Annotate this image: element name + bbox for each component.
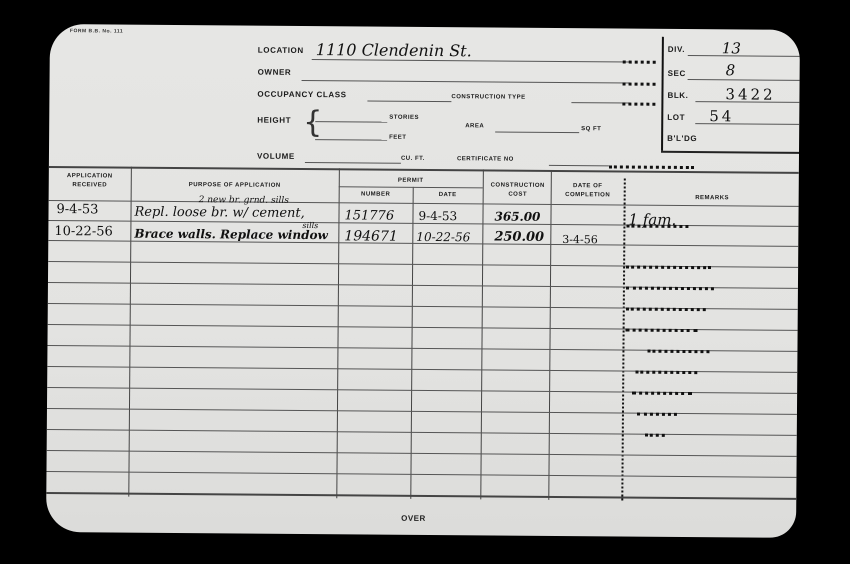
area-label: AREA <box>465 123 484 129</box>
permit-subheader-rule <box>339 186 483 188</box>
certificate-no-label: CERTIFICATE NO <box>457 156 514 162</box>
div-line <box>688 55 800 57</box>
occupancy-class-label: OCCUPANCY CLASS <box>257 90 346 100</box>
owner-dot-rule <box>623 82 656 85</box>
volume-unit: CU. FT. <box>401 156 425 162</box>
feet-label: FEET <box>389 135 406 141</box>
height-brace-icon: { <box>303 105 322 140</box>
row-rule <box>47 408 797 415</box>
row2-permit-number: 194671 <box>344 228 398 244</box>
permit-record-card: FORM B.B. No. 111 LOCATION 1110 Clendeni… <box>46 24 800 538</box>
construction-dot-rule <box>622 102 655 105</box>
row-rule <box>47 450 797 457</box>
row2-purpose: Brace walls. Replace window <box>134 227 328 243</box>
col-divider-4 <box>480 169 484 499</box>
header-remarks: REMARKS <box>626 194 799 204</box>
occupancy-class-field <box>367 100 451 102</box>
stories-label: STORIES <box>389 115 419 121</box>
area-field <box>495 131 579 133</box>
owner-label: OWNER <box>258 68 292 77</box>
row1-remarks: 1 fam. <box>628 211 676 229</box>
lot-label: LOT <box>667 113 685 122</box>
blk-label: BLK. <box>667 91 688 100</box>
remarks-dots <box>626 266 711 270</box>
row2-received: 10-22-56 <box>54 224 113 239</box>
remarks-dots <box>637 413 677 416</box>
col-divider-1 <box>128 167 132 497</box>
stories-field <box>315 121 387 123</box>
remarks-dots <box>626 308 706 312</box>
row1-permit-number: 151776 <box>344 208 394 223</box>
col-divider-remarks <box>621 179 626 501</box>
feet-field <box>315 139 387 141</box>
row2-completion: 3-4-56 <box>562 233 598 246</box>
lot-box-bottom <box>661 151 799 154</box>
lot-value: 54 <box>709 107 734 125</box>
header-permit: PERMIT <box>339 176 483 186</box>
row-rule <box>46 471 796 478</box>
certificate-dot-rule <box>609 165 694 169</box>
header-date-of-completion: DATE OF COMPLETION <box>553 182 623 201</box>
row1-cost: 365.00 <box>494 209 540 223</box>
row-rule <box>47 429 797 436</box>
sec-value: 8 <box>726 61 736 79</box>
location-dot-rule <box>623 60 656 63</box>
row2-cost: 250.00 <box>494 229 544 244</box>
blk-value: 3422 <box>725 85 775 103</box>
header-permit-date: DATE <box>413 191 483 201</box>
area-unit: SQ FT <box>581 126 601 132</box>
row1-permit-date: 9-4-53 <box>418 209 457 223</box>
lot-box-border <box>661 37 664 151</box>
remarks-dots <box>635 371 697 374</box>
construction-type-label: CONSTRUCTION TYPE <box>451 94 525 101</box>
over-label: OVER <box>401 514 426 523</box>
remarks-dots <box>632 392 692 395</box>
volume-field <box>305 162 401 164</box>
sec-label: SEC <box>668 69 686 78</box>
header-construction-cost: CONSTRUCTION COST <box>485 181 551 200</box>
location-label: LOCATION <box>258 46 304 55</box>
row1-purpose: Repl. loose br. w/ cement, <box>134 205 304 221</box>
bldg-label: B'L'DG <box>667 134 697 143</box>
construction-type-field <box>571 102 629 103</box>
table-bottom-rule <box>46 492 796 500</box>
owner-field <box>302 80 630 84</box>
height-label: HEIGHT <box>257 116 291 125</box>
row1-purpose-note: 2 new br. grnd. sills <box>199 195 289 206</box>
location-value: 1110 Clendenin St. <box>316 40 472 60</box>
remarks-dots <box>626 329 698 333</box>
remarks-dots <box>647 350 709 353</box>
div-label: DIV. <box>668 45 685 54</box>
sec-line <box>688 79 800 81</box>
col-divider-2 <box>336 168 340 498</box>
col-divider-5 <box>548 170 552 500</box>
header-purpose: PURPOSE OF APPLICATION <box>131 181 339 192</box>
row2-permit-date: 10-22-56 <box>416 230 470 244</box>
div-value: 13 <box>722 39 741 57</box>
header-permit-number: NUMBER <box>339 190 413 200</box>
row1-received: 9-4-53 <box>56 202 98 217</box>
volume-label: VOLUME <box>257 152 295 161</box>
form-number: FORM B.B. No. 111 <box>70 28 123 34</box>
remarks-dots <box>626 287 714 291</box>
remarks-dots <box>645 434 665 437</box>
header-application-received: APPLICATION RECEIVED <box>49 172 131 191</box>
certificate-no-field <box>549 165 609 166</box>
